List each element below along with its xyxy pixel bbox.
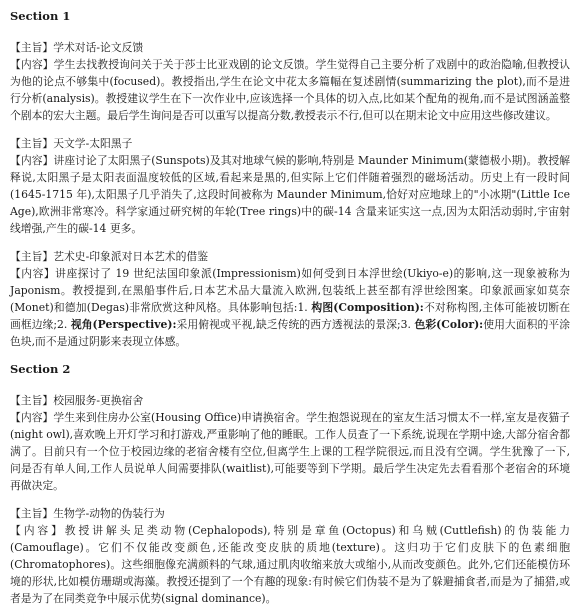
- content-paragraph: 【内容】学生去找教授询问关于关于莎士比亚戏剧的论文反馈。学生觉得自己主要分析了戏…: [10, 56, 570, 124]
- topic-text: 校园服务-更换宿舍: [53, 394, 143, 407]
- topic-label: 【主旨】: [10, 394, 53, 407]
- content-text: 学生去找教授询问关于关于莎士比亚戏剧的论文反馈。学生觉得自己主要分析了戏剧中的政…: [10, 58, 570, 122]
- topic-text: 天文学-太阳黑子: [53, 137, 132, 150]
- content-paragraph: 【内容】教授讲解头足类动物(Cephalopods),特别是章鱼(Octopus…: [10, 522, 570, 607]
- item-paper-feedback: 【主旨】学术对话-论文反馈 【内容】学生去找教授询问关于关于莎士比亚戏剧的论文反…: [10, 39, 570, 124]
- content-paragraph: 【内容】讲座讨论了太阳黑子(Sunspots)及其对地球气候的影响,特别是 Ma…: [10, 152, 570, 237]
- content-label: 【内容】: [10, 411, 53, 424]
- content-text: 讲座探讨了 19 世纪法国印象派(Impressionism)如何受到日本浮世绘…: [10, 267, 570, 348]
- content-paragraph: 【内容】讲座探讨了 19 世纪法国印象派(Impressionism)如何受到日…: [10, 265, 570, 350]
- topic-line: 【主旨】生物学-动物的伪装行为: [10, 505, 570, 522]
- item-camouflage: 【主旨】生物学-动物的伪装行为 【内容】教授讲解头足类动物(Cephalopod…: [10, 505, 570, 607]
- content-paragraph: 【内容】学生来到住房办公室(Housing Office)申请换宿舍。学生抱怨说…: [10, 409, 570, 494]
- section-2: Section 2 【主旨】校园服务-更换宿舍 【内容】学生来到住房办公室(Ho…: [10, 361, 570, 607]
- content-text: 学生来到住房办公室(Housing Office)申请换宿舍。学生抱怨说现在的室…: [10, 411, 570, 492]
- content-label: 【内容】: [10, 524, 65, 537]
- content-label: 【内容】: [10, 58, 54, 71]
- topic-label: 【主旨】: [10, 137, 53, 150]
- content-label: 【内容】: [10, 267, 55, 280]
- content-label: 【内容】: [10, 154, 53, 167]
- topic-text: 艺术史-印象派对日本艺术的借鉴: [53, 250, 208, 263]
- topic-text: 学术对话-论文反馈: [53, 41, 143, 54]
- document-page: Section 1 【主旨】学术对话-论文反馈 【内容】学生去找教授询问关于关于…: [0, 0, 580, 615]
- section-1: Section 1 【主旨】学术对话-论文反馈 【内容】学生去找教授询问关于关于…: [10, 8, 570, 350]
- item-sunspots: 【主旨】天文学-太阳黑子 【内容】讲座讨论了太阳黑子(Sunspots)及其对地…: [10, 135, 570, 237]
- content-text: 讲座讨论了太阳黑子(Sunspots)及其对地球气候的影响,特别是 Maunde…: [10, 154, 570, 235]
- topic-line: 【主旨】天文学-太阳黑子: [10, 135, 570, 152]
- topic-label: 【主旨】: [10, 41, 53, 54]
- topic-label: 【主旨】: [10, 250, 53, 263]
- topic-label: 【主旨】: [10, 507, 53, 520]
- item-japonism: 【主旨】艺术史-印象派对日本艺术的借鉴 【内容】讲座探讨了 19 世纪法国印象派…: [10, 248, 570, 350]
- item-dorm-change: 【主旨】校园服务-更换宿舍 【内容】学生来到住房办公室(Housing Offi…: [10, 392, 570, 494]
- topic-text: 生物学-动物的伪装行为: [53, 507, 165, 520]
- section-2-title: Section 2: [10, 361, 570, 378]
- topic-line: 【主旨】学术对话-论文反馈: [10, 39, 570, 56]
- content-text: 教授讲解头足类动物(Cephalopods),特别是章鱼(Octopus)和乌贼…: [10, 524, 570, 605]
- section-1-title: Section 1: [10, 8, 570, 25]
- topic-line: 【主旨】艺术史-印象派对日本艺术的借鉴: [10, 248, 570, 265]
- topic-line: 【主旨】校园服务-更换宿舍: [10, 392, 570, 409]
